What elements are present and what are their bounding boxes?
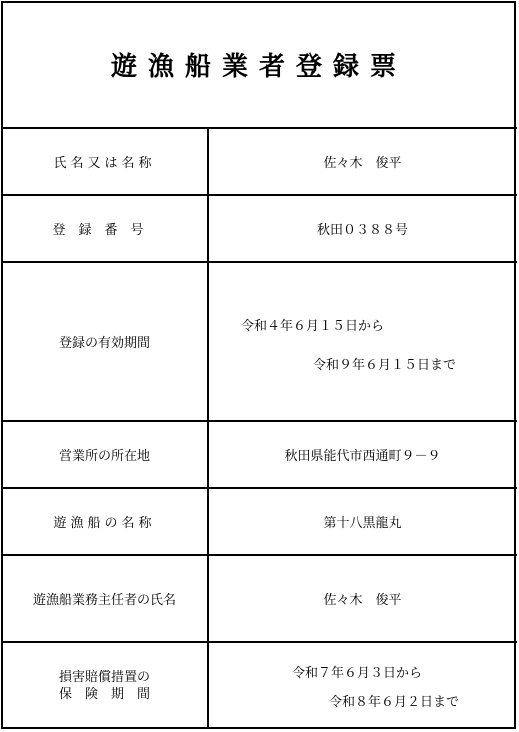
value-office-location: 秋田県能代市西通町９－９ [209,422,516,487]
label-insurance-period: 損害賠償措置の 保 険 期 間 [2,643,207,729]
value-insurance-period: 令和７年６月３日から 令和８年６月２日まで [209,643,516,729]
insurance-from: 令和７年６月３日から [292,662,422,681]
value-name: 佐々木 俊平 [209,129,516,194]
value-vessel-name: 第十八黒龍丸 [209,489,516,554]
validity-from: 令和４年６月１５日から [241,315,384,334]
value-chief-name: 佐々木 俊平 [209,556,516,641]
validity-to: 令和９年６月１５日まで [313,354,456,373]
label-office-location: 営業所の所在地 [2,422,207,487]
label-chief-name: 遊漁船業務主任者の氏名 [2,556,207,641]
label-name: 氏名又は名称 [2,129,207,194]
value-registration-number: 秋田０３８８号 [209,196,516,261]
label-insurance-line2: 保 険 期 間 [59,686,150,703]
label-registration-number: 登録番号 [2,196,207,261]
page-title: 遊漁船業者登録票 [1,1,517,128]
insurance-to: 令和８年６月２日まで [329,691,459,710]
label-vessel-name: 遊漁船の名称 [2,489,207,554]
value-validity-period: 令和４年６月１５日から 令和９年６月１５日まで [209,263,516,420]
label-validity-period: 登録の有効期間 [2,263,207,420]
label-insurance-line1: 損害賠償措置の [59,669,150,686]
